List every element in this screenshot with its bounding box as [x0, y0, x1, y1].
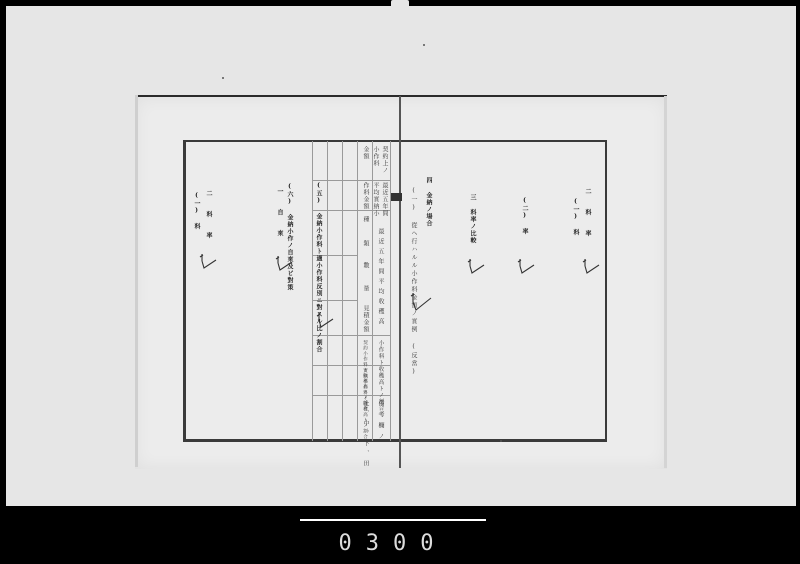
table-column-line: [312, 141, 313, 441]
table-column-line: [390, 141, 391, 441]
table-column-header: 類: [362, 240, 368, 247]
table-column-header: 種: [362, 216, 368, 223]
dust-speck: [500, 440, 502, 442]
frame-counter-strip: 0300: [300, 519, 486, 564]
table-header-cell: 平均實納小: [372, 182, 378, 217]
item-label: 二 料 率: [584, 188, 590, 240]
dust-speck: [423, 44, 425, 46]
table-row-label: 備考欄ノ: [377, 400, 383, 444]
item-label: 三 料率ノ比較: [469, 194, 475, 244]
table-header-cell: 最近五年間: [381, 182, 387, 217]
handwritten-check-icon: [197, 253, 219, 273]
table-column-line: [327, 141, 328, 441]
table-row-line: [312, 180, 390, 181]
table-column-header: 量: [362, 285, 368, 292]
item-label: (二) 率: [521, 197, 527, 235]
table-column-header: 見積金額: [362, 305, 368, 333]
item-label: 一 自 來: [276, 188, 282, 240]
item-label: 二 料 率: [205, 190, 211, 242]
table-header-cell: 金額: [362, 146, 368, 160]
table-spanning-header: 最近五年間平均收穫高: [377, 228, 383, 328]
handwritten-check-icon: [515, 258, 537, 278]
book-gutter: [399, 96, 401, 468]
film-notch: [391, 0, 409, 8]
printed-border-frame: [183, 140, 607, 442]
frame-number: 0300: [300, 531, 486, 556]
section-heading: 四 金納ノ場合: [425, 177, 431, 227]
item-label: (一) 料: [193, 192, 199, 230]
table-column-line: [357, 141, 358, 441]
table-column-line: [342, 141, 343, 441]
table-header-cell: 作料金額: [362, 182, 368, 210]
item-label: (一) 料: [572, 198, 578, 236]
table-header-cell: 契約上ノ: [381, 146, 387, 174]
page-edge-left: [135, 95, 138, 467]
table-row-line: [312, 335, 390, 336]
handwritten-check-icon: [580, 258, 602, 278]
bookmark-tab: [390, 193, 402, 201]
table-header-cell: 小作料: [372, 146, 378, 167]
handwritten-check-icon: [465, 258, 487, 278]
handwritten-check-icon: [273, 255, 295, 275]
handwritten-check-icon: [314, 312, 336, 332]
dust-speck: [222, 77, 224, 79]
page-edge-right: [664, 96, 667, 468]
table-column-header: 數: [362, 262, 368, 269]
table-row-label: 上、中、下、田: [362, 400, 368, 470]
handwritten-check-icon: [408, 292, 434, 316]
sub-heading: (一) 從ヘ行ハルル小作料金額ノ實例 (反當): [410, 187, 416, 377]
